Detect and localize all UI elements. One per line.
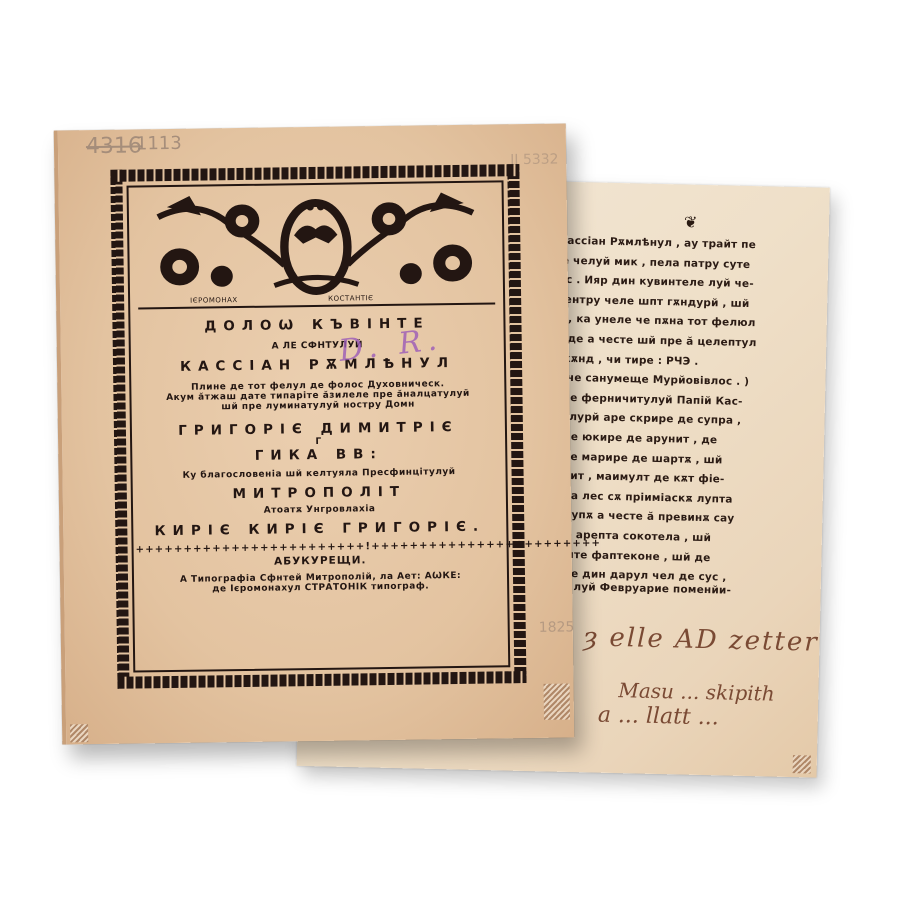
eagle-wreath-icon	[137, 182, 496, 307]
handwritten-signature: a ... llatt ...	[598, 703, 719, 731]
woodcut-headpiece: IЄРОМОНАХ КОСТАНТІЄ	[137, 182, 496, 309]
worn-corner	[70, 724, 88, 742]
woodcut-caption-left: IЄРОМОНАХ	[190, 296, 238, 305]
pencil-shelfmark: 1113	[136, 133, 182, 155]
pencil-shelfmark: 4316	[86, 133, 142, 159]
leaf-last-line: ній луй Февруарие поменйи-	[551, 578, 732, 602]
vignette-ornament-icon: ❦	[684, 213, 698, 232]
woodcut-caption-right: КОСТАНТІЄ	[328, 294, 374, 303]
worn-corner	[793, 755, 811, 773]
pencil-year-note: 1825	[539, 619, 575, 635]
title-line: Ку благословеніа шй келтуяла Пресфинціту…	[135, 466, 504, 481]
title-line: КИРІЄ КИРІЄ ГРИГОРІЄ.	[135, 518, 504, 539]
handwritten-signature: ȝ elle AD zetter	[583, 622, 819, 657]
title-line: АБУКУРЕЩИ.	[136, 552, 505, 569]
closed-book-cover: 4316 1113 II 5332 1825	[54, 123, 575, 744]
title-line: МИТРОПОЛІТ	[135, 482, 504, 503]
handwritten-signature: Masu ... skipith	[618, 678, 775, 706]
title-line: А ЛЕ СФНТУЛУЙ	[133, 338, 502, 353]
title-line: Атоатѫ Унгровлахіа	[135, 502, 504, 517]
ornamental-border: IЄРОМОНАХ КОСТАНТІЄ ДОЛОѠ КЪВІНТЕ А ЛЕ С…	[110, 164, 526, 689]
title-page-text: ДОЛОѠ КЪВІНТЕ А ЛЕ СФНТУЛУЙ КАССІАН РѪМЛ…	[132, 314, 505, 595]
leaf-printed-text: Кассіан Рѫмлѣнул , ау трайт пе іе челуй …	[551, 232, 814, 590]
title-line: КАССІАН РѪМЛѢНУЛ	[133, 354, 502, 375]
worn-corner	[544, 683, 571, 719]
